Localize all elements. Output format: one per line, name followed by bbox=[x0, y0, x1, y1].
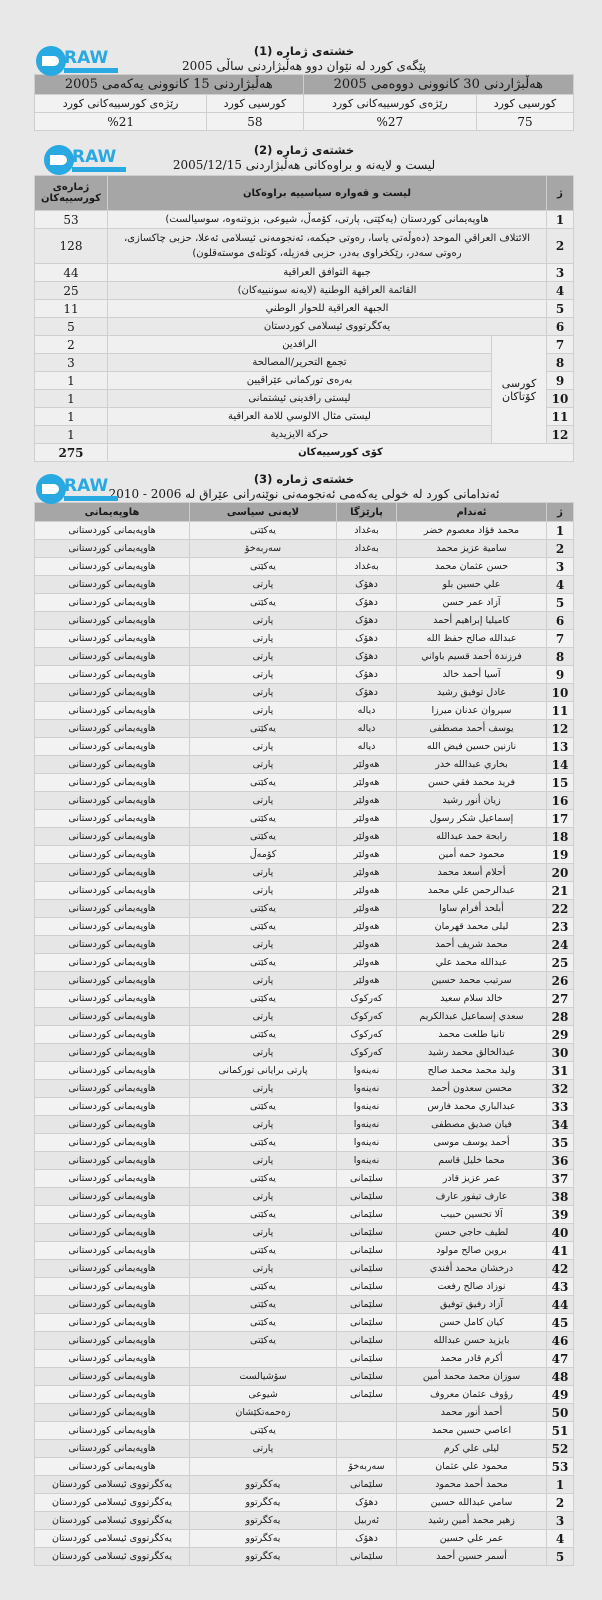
table-row: 3حسن عثمان محمدبەغدادیەکێتیهاوپەیمانی کو… bbox=[35, 558, 574, 576]
member-alliance: یەکگرتووی ئیسلامی کوردستان bbox=[35, 1476, 190, 1494]
member-name: إسماعيل شكر رسول bbox=[397, 810, 547, 828]
total-label: کۆی کورسییەکان bbox=[108, 444, 574, 462]
logo-text: RAW bbox=[64, 48, 108, 68]
member-name: آزاد عمر حسن bbox=[397, 594, 547, 612]
member-name: أحمد يوسف موسى bbox=[397, 1134, 547, 1152]
member-number: 26 bbox=[547, 972, 574, 990]
member-province: دهۆک bbox=[337, 630, 397, 648]
member-name: نوزاد صالح رفعت bbox=[397, 1278, 547, 1296]
member-party: پارتی bbox=[190, 864, 337, 882]
member-province: کەرکوک bbox=[337, 990, 397, 1008]
list-name: یەکگرتووی ئیسلامی کوردستان bbox=[108, 318, 547, 336]
table-row: 3زهير محمد أمين رشيدئەربیلیەکگرتوویەکگرت… bbox=[35, 1512, 574, 1530]
member-party: پارتی bbox=[190, 1440, 337, 1458]
member-party bbox=[190, 1350, 337, 1368]
seat-count: 53 bbox=[35, 211, 108, 229]
table1-col-header: کورسیی کورد bbox=[207, 95, 303, 113]
member-province: هەولێر bbox=[337, 828, 397, 846]
member-party: پارتی bbox=[190, 648, 337, 666]
member-name: اعاصي حسين محمد bbox=[397, 1422, 547, 1440]
table-row: 46بايزيد حسن عبداللهسلێمانییەکێتیهاوپەیم… bbox=[35, 1332, 574, 1350]
table-row: 12يوسف أحمد مصطفىدیالەیەکێتیهاوپەیمانی ک… bbox=[35, 720, 574, 738]
member-name: محمود حمه أمين bbox=[397, 846, 547, 864]
member-party: یەکێتی bbox=[190, 558, 337, 576]
member-province: هەولێر bbox=[337, 936, 397, 954]
table1-col-header: رێژەی کورسییەکانی کورد bbox=[303, 95, 476, 113]
table-row: 26سرتيب محمد حسينهەولێرپارتیهاوپەیمانی ک… bbox=[35, 972, 574, 990]
member-name: محما خليل قاسم bbox=[397, 1152, 547, 1170]
member-name: فيان صديق مصطفى bbox=[397, 1116, 547, 1134]
member-number: 28 bbox=[547, 1008, 574, 1026]
member-number: 34 bbox=[547, 1116, 574, 1134]
table1-col-header: کورسیی کورد bbox=[477, 95, 574, 113]
member-alliance: هاوپەیمانی کوردستانی bbox=[35, 774, 190, 792]
table-row: 10عادل توفيق رشيددهۆکپارتیهاوپەیمانی کور… bbox=[35, 684, 574, 702]
table-row: 5أسمر حسين أحمدسلێمانییەکگرتوویەکگرتووی … bbox=[35, 1548, 574, 1566]
table-row: 45كيان كامل حسنسلێمانییەکێتیهاوپەیمانی ک… bbox=[35, 1314, 574, 1332]
member-number: 25 bbox=[547, 954, 574, 972]
member-number: 1 bbox=[547, 1476, 574, 1494]
member-province: کەرکوک bbox=[337, 1008, 397, 1026]
member-alliance: هاوپەیمانی کوردستانی bbox=[35, 648, 190, 666]
member-number: 10 bbox=[547, 684, 574, 702]
member-party: یەکێتی bbox=[190, 774, 337, 792]
table2-header-seats: ژمارەی کورسییەکان bbox=[35, 176, 108, 211]
member-province: نەینەوا bbox=[337, 1098, 397, 1116]
table3-section: RAW خشتەی ژمارە (3) ئەندامانی کورد لە خو… bbox=[34, 472, 574, 1566]
member-name: آزاد رفيق توفيق bbox=[397, 1296, 547, 1314]
table-row: 21عبدالرحمن علي محمدهەولێرپارتیهاوپەیمان… bbox=[35, 882, 574, 900]
member-party: سەربەخۆ bbox=[190, 540, 337, 558]
member-party: یەکگرتوو bbox=[190, 1530, 337, 1548]
member-alliance: هاوپەیمانی کوردستانی bbox=[35, 1368, 190, 1386]
member-alliance: هاوپەیمانی کوردستانی bbox=[35, 792, 190, 810]
table-row: 14بخاري عبدالله خدرهەولێرپارتیهاوپەیمانی… bbox=[35, 756, 574, 774]
member-number: 1 bbox=[547, 522, 574, 540]
member-alliance: هاوپەیمانی کوردستانی bbox=[35, 540, 190, 558]
member-party: یەکێتی bbox=[190, 522, 337, 540]
list-name: الجبهة العراقية للحوار الوطني bbox=[108, 300, 547, 318]
member-province bbox=[337, 1440, 397, 1458]
member-province: هەولێر bbox=[337, 774, 397, 792]
member-alliance: هاوپەیمانی کوردستانی bbox=[35, 1062, 190, 1080]
table-row: 2سامي عبدالله حسيندهۆکیەکگرتوویەکگرتووی … bbox=[35, 1494, 574, 1512]
member-name: أكرم قادر محمد bbox=[397, 1350, 547, 1368]
table3-header-num: ژ bbox=[547, 503, 574, 522]
member-province: نەینەوا bbox=[337, 1080, 397, 1098]
member-name: أحلام أسعد محمد bbox=[397, 864, 547, 882]
member-alliance: هاوپەیمانی کوردستانی bbox=[35, 1260, 190, 1278]
member-number: 44 bbox=[547, 1296, 574, 1314]
table3-body: 1محمد فؤاد معصوم خضربەغدادیەکێتیهاوپەیما… bbox=[35, 522, 574, 1566]
table-row: 49رؤوف عثمان معروفسلێمانیشیوعیهاوپەیمانی… bbox=[35, 1386, 574, 1404]
member-party: پارتی bbox=[190, 738, 337, 756]
table-row: 8فرزندة أحمد قسيم باوانيدهۆکپارتیهاوپەیم… bbox=[35, 648, 574, 666]
member-number: 6 bbox=[547, 612, 574, 630]
quota-seats-group: کورسی کۆتاکان bbox=[492, 336, 547, 444]
table-row: 22أبلحد أفرام ساواهەولێریەکێتیهاوپەیمانی… bbox=[35, 900, 574, 918]
row-number: 1 bbox=[547, 211, 574, 229]
member-name: سعدي إسماعيل عبدالكريم bbox=[397, 1008, 547, 1026]
member-alliance: هاوپەیمانی کوردستانی bbox=[35, 846, 190, 864]
table-row: 40لطيف حاجي حسنسلێمانیپارتیهاوپەیمانی کو… bbox=[35, 1224, 574, 1242]
member-name: عمر علي حسين bbox=[397, 1530, 547, 1548]
member-party: پارتی bbox=[190, 1188, 337, 1206]
table-row: 1محمد فؤاد معصوم خضربەغدادیەکێتیهاوپەیما… bbox=[35, 522, 574, 540]
member-province: هەولێر bbox=[337, 810, 397, 828]
table1-group-header: هەڵبژاردنی 30 کانوونی دووەمی 2005 bbox=[303, 75, 573, 95]
member-alliance: هاوپەیمانی کوردستانی bbox=[35, 1152, 190, 1170]
member-province: نەینەوا bbox=[337, 1152, 397, 1170]
table-row: 17إسماعيل شكر رسولهەولێریەکێتیهاوپەیمانی… bbox=[35, 810, 574, 828]
member-province: سلێمانی bbox=[337, 1278, 397, 1296]
member-province: کەرکوک bbox=[337, 1044, 397, 1062]
list-name: الائتلاف العراقي الموحد (دەوڵەتی یاسا، ر… bbox=[108, 229, 547, 264]
member-party: پارتی bbox=[190, 576, 337, 594]
member-number: 23 bbox=[547, 918, 574, 936]
member-number: 3 bbox=[547, 558, 574, 576]
member-number: 2 bbox=[547, 1494, 574, 1512]
table3-header-name: ئەندام bbox=[397, 503, 547, 522]
member-party: کۆمەڵ bbox=[190, 846, 337, 864]
member-alliance: هاوپەیمانی کوردستانی bbox=[35, 918, 190, 936]
member-alliance: هاوپەیمانی کوردستانی bbox=[35, 1026, 190, 1044]
member-party: پارتی bbox=[190, 792, 337, 810]
member-name: لطيف حاجي حسن bbox=[397, 1224, 547, 1242]
member-number: 52 bbox=[547, 1440, 574, 1458]
member-party: یەکێتی bbox=[190, 918, 337, 936]
member-name: بخاري عبدالله خدر bbox=[397, 756, 547, 774]
member-name: ليلى علي كرم bbox=[397, 1440, 547, 1458]
table-row: 29تانيا طلعت محمدکەرکوکیەکێتیهاوپەیمانی … bbox=[35, 1026, 574, 1044]
member-party: یەکێتی bbox=[190, 1206, 337, 1224]
member-alliance: هاوپەیمانی کوردستانی bbox=[35, 1224, 190, 1242]
member-party: شیوعی bbox=[190, 1386, 337, 1404]
table-row: 38عارف تيفور عارفسلێمانیپارتیهاوپەیمانی … bbox=[35, 1188, 574, 1206]
member-province: سلێمانی bbox=[337, 1242, 397, 1260]
table-row: 35أحمد يوسف موسىنەینەوایەکێتیهاوپەیمانی … bbox=[35, 1134, 574, 1152]
table1-section: RAW خشتەی ژمارە (1) پێگەی کورد لە نێوان … bbox=[34, 44, 574, 131]
member-name: عمر عزيز قادر bbox=[397, 1170, 547, 1188]
member-party: یەکێتی bbox=[190, 1242, 337, 1260]
member-province: دهۆک bbox=[337, 666, 397, 684]
member-province: هەولێر bbox=[337, 954, 397, 972]
member-province: سلێمانی bbox=[337, 1206, 397, 1224]
table1-cell: 58 bbox=[207, 113, 303, 131]
member-party: پارتی bbox=[190, 756, 337, 774]
member-province: دیالە bbox=[337, 720, 397, 738]
member-province: دهۆک bbox=[337, 1530, 397, 1548]
member-province bbox=[337, 1422, 397, 1440]
row-number: 9 bbox=[547, 372, 574, 390]
member-number: 42 bbox=[547, 1260, 574, 1278]
table-row: 4علي حسين بلودهۆکپارتیهاوپەیمانی کوردستا… bbox=[35, 576, 574, 594]
seat-count: 128 bbox=[35, 229, 108, 264]
member-alliance: هاوپەیمانی کوردستانی bbox=[35, 972, 190, 990]
member-number: 4 bbox=[547, 1530, 574, 1548]
member-party: پارتی bbox=[190, 1224, 337, 1242]
member-alliance: هاوپەیمانی کوردستانی bbox=[35, 1332, 190, 1350]
member-number: 48 bbox=[547, 1368, 574, 1386]
member-alliance: هاوپەیمانی کوردستانی bbox=[35, 1386, 190, 1404]
table-row: 50أحمد أنور محمدزەحمەتکێشانهاوپەیمانی کو… bbox=[35, 1404, 574, 1422]
member-alliance: هاوپەیمانی کوردستانی bbox=[35, 900, 190, 918]
table-row: 20أحلام أسعد محمدهەولێرپارتیهاوپەیمانی ک… bbox=[35, 864, 574, 882]
member-number: 16 bbox=[547, 792, 574, 810]
member-name: سرتيب محمد حسين bbox=[397, 972, 547, 990]
table2-header-num: ژ bbox=[547, 176, 574, 211]
member-province: دهۆک bbox=[337, 594, 397, 612]
member-province bbox=[337, 1404, 397, 1422]
member-province: دهۆک bbox=[337, 612, 397, 630]
table1-col-header: رێژەی کورسییەکانی کورد bbox=[35, 95, 207, 113]
member-province: بەغداد bbox=[337, 540, 397, 558]
table-row: 39آلا تحسين حبيبسلێمانییەکێتیهاوپەیمانی … bbox=[35, 1206, 574, 1224]
table-row: 31وليد محمد محمد صالحنەینەواپارتی برایان… bbox=[35, 1062, 574, 1080]
logo-text: RAW bbox=[72, 147, 116, 167]
table-row: 32محسن سعدون أحمدنەینەواپارتیهاوپەیمانی … bbox=[35, 1080, 574, 1098]
member-province: کەرکوک bbox=[337, 1026, 397, 1044]
table-row: 23ليلى محمد قهرمانهەولێریەکێتیهاوپەیمانی… bbox=[35, 918, 574, 936]
member-alliance: هاوپەیمانی کوردستانی bbox=[35, 864, 190, 882]
member-party: یەکێتی bbox=[190, 990, 337, 1008]
member-party: یەکێتی bbox=[190, 1170, 337, 1188]
table-row: 2سامية عزيز محمدبەغدادسەربەخۆهاوپەیمانی … bbox=[35, 540, 574, 558]
member-number: 4 bbox=[547, 576, 574, 594]
member-name: وليد محمد محمد صالح bbox=[397, 1062, 547, 1080]
member-alliance: هاوپەیمانی کوردستانی bbox=[35, 1296, 190, 1314]
member-alliance: هاوپەیمانی کوردستانی bbox=[35, 1242, 190, 1260]
table-row: 42درخشان محمد أفنديسلێمانیپارتیهاوپەیمان… bbox=[35, 1260, 574, 1278]
member-party: پارتی bbox=[190, 1260, 337, 1278]
member-name: رؤوف عثمان معروف bbox=[397, 1386, 547, 1404]
member-party: یەکێتی bbox=[190, 1278, 337, 1296]
table-row: 11سيروان عدنان ميرزادیالەپارتیهاوپەیمانی… bbox=[35, 702, 574, 720]
member-number: 49 bbox=[547, 1386, 574, 1404]
member-alliance: هاوپەیمانی کوردستانی bbox=[35, 1422, 190, 1440]
member-number: 22 bbox=[547, 900, 574, 918]
table-row: 13نازنين حسين فيض اللهدیالەپارتیهاوپەیما… bbox=[35, 738, 574, 756]
member-number: 2 bbox=[547, 540, 574, 558]
member-alliance: هاوپەیمانی کوردستانی bbox=[35, 828, 190, 846]
member-province: نەینەوا bbox=[337, 1062, 397, 1080]
member-party bbox=[190, 1458, 337, 1476]
table-row: 48سوزان محمد محمد أمينسلێمانیسۆشیالستهاو… bbox=[35, 1368, 574, 1386]
member-party: یەکگرتوو bbox=[190, 1494, 337, 1512]
member-number: 19 bbox=[547, 846, 574, 864]
table-row: 7عبدالله صالح حفظ اللهدهۆکپارتیهاوپەیمان… bbox=[35, 630, 574, 648]
table-row: 6كاميليا إبراهيم أحمددهۆکپارتیهاوپەیمانی… bbox=[35, 612, 574, 630]
row-number: 5 bbox=[547, 300, 574, 318]
table-row: 1محمد أحمد محمودسلێمانییەکگرتوویەکگرتووی… bbox=[35, 1476, 574, 1494]
member-alliance: هاوپەیمانی کوردستانی bbox=[35, 522, 190, 540]
member-alliance: هاوپەیمانی کوردستانی bbox=[35, 1188, 190, 1206]
row-number: 3 bbox=[547, 264, 574, 282]
member-alliance: هاوپەیمانی کوردستانی bbox=[35, 1134, 190, 1152]
member-name: حسن عثمان محمد bbox=[397, 558, 547, 576]
member-party: پارتی bbox=[190, 612, 337, 630]
member-party: پارتی bbox=[190, 666, 337, 684]
table-row: 33عبدالباري محمد فارسنەینەوایەکێتیهاوپەی… bbox=[35, 1098, 574, 1116]
seat-count: 1 bbox=[35, 426, 108, 444]
member-party: پارتی bbox=[190, 936, 337, 954]
member-name: محمود علي عثمان bbox=[397, 1458, 547, 1476]
member-province: سلێمانی bbox=[337, 1170, 397, 1188]
member-number: 24 bbox=[547, 936, 574, 954]
logo-bar bbox=[64, 496, 118, 501]
draw-logo: RAW bbox=[34, 474, 120, 508]
member-alliance: هاوپەیمانی کوردستانی bbox=[35, 882, 190, 900]
member-province: بەغداد bbox=[337, 522, 397, 540]
member-party: یەکگرتوو bbox=[190, 1512, 337, 1530]
member-alliance: هاوپەیمانی کوردستانی bbox=[35, 810, 190, 828]
member-province: هەولێر bbox=[337, 792, 397, 810]
member-name: علي حسين بلو bbox=[397, 576, 547, 594]
member-number: 7 bbox=[547, 630, 574, 648]
table1-cell: %21 bbox=[35, 113, 207, 131]
member-party: یەکێتی bbox=[190, 900, 337, 918]
member-party: یەکێتی bbox=[190, 810, 337, 828]
member-name: درخشان محمد أفندي bbox=[397, 1260, 547, 1278]
seat-count: 25 bbox=[35, 282, 108, 300]
member-party: یەکێتی bbox=[190, 1422, 337, 1440]
member-number: 50 bbox=[547, 1404, 574, 1422]
member-number: 32 bbox=[547, 1080, 574, 1098]
list-name: هاوپەیمانی کوردستان (یەکێتی، پارتی، کۆمە… bbox=[108, 211, 547, 229]
member-number: 30 bbox=[547, 1044, 574, 1062]
member-number: 47 bbox=[547, 1350, 574, 1368]
member-alliance: هاوپەیمانی کوردستانی bbox=[35, 1206, 190, 1224]
member-alliance: هاوپەیمانی کوردستانی bbox=[35, 1116, 190, 1134]
logo-circle-icon bbox=[44, 145, 74, 175]
table-row: 36محما خليل قاسمنەینەواپارتیهاوپەیمانی ک… bbox=[35, 1152, 574, 1170]
table-row: 25عبدالله محمد عليهەولێریەکێتیهاوپەیمانی… bbox=[35, 954, 574, 972]
row-number: 4 bbox=[547, 282, 574, 300]
member-name: عبدالباري محمد فارس bbox=[397, 1098, 547, 1116]
table3-header-province: پارێزگا bbox=[337, 503, 397, 522]
member-name: ليلى محمد قهرمان bbox=[397, 918, 547, 936]
member-province: سلێمانی bbox=[337, 1548, 397, 1566]
member-number: 13 bbox=[547, 738, 574, 756]
row-number: 12 bbox=[547, 426, 574, 444]
logo-circle-icon bbox=[36, 46, 66, 76]
member-number: 14 bbox=[547, 756, 574, 774]
member-name: عبدالله محمد علي bbox=[397, 954, 547, 972]
member-number: 33 bbox=[547, 1098, 574, 1116]
member-name: فرزندة أحمد قسيم باواني bbox=[397, 648, 547, 666]
member-number: 8 bbox=[547, 648, 574, 666]
table-row: 15فريد محمد فقي حسنهەولێریەکێتیهاوپەیمان… bbox=[35, 774, 574, 792]
member-alliance: هاوپەیمانی کوردستانی bbox=[35, 990, 190, 1008]
logo-text: RAW bbox=[64, 476, 108, 496]
row-number: 6 bbox=[547, 318, 574, 336]
member-name: فريد محمد فقي حسن bbox=[397, 774, 547, 792]
member-alliance: یەکگرتووی ئیسلامی کوردستان bbox=[35, 1512, 190, 1530]
member-name: محسن سعدون أحمد bbox=[397, 1080, 547, 1098]
member-party: پارتی برایانی تورکمانی bbox=[190, 1062, 337, 1080]
member-party: یەکێتی bbox=[190, 954, 337, 972]
seat-count: 5 bbox=[35, 318, 108, 336]
table-row: 5آزاد عمر حسندهۆکیەکێتیهاوپەیمانی کوردست… bbox=[35, 594, 574, 612]
member-number: 46 bbox=[547, 1332, 574, 1350]
list-name: بەرەی تورکمانی عێراقیین bbox=[108, 372, 492, 390]
member-alliance: هاوپەیمانی کوردستانی bbox=[35, 684, 190, 702]
member-alliance: هاوپەیمانی کوردستانی bbox=[35, 1008, 190, 1026]
member-name: بروين صالح مولود bbox=[397, 1242, 547, 1260]
member-province: نەینەوا bbox=[337, 1116, 397, 1134]
member-party: یەکێتی bbox=[190, 720, 337, 738]
member-number: 3 bbox=[547, 1512, 574, 1530]
member-alliance: هاوپەیمانی کوردستانی bbox=[35, 738, 190, 756]
member-party: یەکێتی bbox=[190, 1134, 337, 1152]
member-number: 37 bbox=[547, 1170, 574, 1188]
row-number: 2 bbox=[547, 229, 574, 264]
member-province: سلێمانی bbox=[337, 1368, 397, 1386]
draw-logo: RAW bbox=[42, 145, 128, 179]
member-province: سلێمانی bbox=[337, 1224, 397, 1242]
member-party: یەکێتی bbox=[190, 1026, 337, 1044]
table-row: 34فيان صديق مصطفىنەینەواپارتیهاوپەیمانی … bbox=[35, 1116, 574, 1134]
seat-count: 11 bbox=[35, 300, 108, 318]
seat-count: 3 bbox=[35, 354, 108, 372]
member-number: 21 bbox=[547, 882, 574, 900]
member-province: ئەربیل bbox=[337, 1512, 397, 1530]
list-name: لیستی رافدینی ئیشتمانی bbox=[108, 390, 492, 408]
member-alliance: هاوپەیمانی کوردستانی bbox=[35, 936, 190, 954]
member-alliance: یەکگرتووی ئیسلامی کوردستان bbox=[35, 1548, 190, 1566]
list-name: تجمع التحرير/المصالحة bbox=[108, 354, 492, 372]
member-number: 51 bbox=[547, 1422, 574, 1440]
row-number: 10 bbox=[547, 390, 574, 408]
seat-count: 1 bbox=[35, 390, 108, 408]
member-number: 20 bbox=[547, 864, 574, 882]
member-number: 12 bbox=[547, 720, 574, 738]
member-name: سيروان عدنان ميرزا bbox=[397, 702, 547, 720]
table-row: 47أكرم قادر محمدسلێمانیهاوپەیمانی کوردست… bbox=[35, 1350, 574, 1368]
table-row: 44آزاد رفيق توفيقسلێمانییەکێتیهاوپەیمانی… bbox=[35, 1296, 574, 1314]
member-name: خالد سلام سعيد bbox=[397, 990, 547, 1008]
list-name: لیستی مثال الالوسي للامة العراقية bbox=[108, 408, 492, 426]
member-party: پارتی bbox=[190, 702, 337, 720]
table2-header-list: لیست و قەوارە سیاسییە براوەکان bbox=[108, 176, 547, 211]
member-province: هەولێر bbox=[337, 972, 397, 990]
member-name: آسيا أحمد خالد bbox=[397, 666, 547, 684]
member-alliance: هاوپەیمانی کوردستانی bbox=[35, 558, 190, 576]
list-name: الرافدين bbox=[108, 336, 492, 354]
member-name: عبدالله صالح حفظ الله bbox=[397, 630, 547, 648]
list-name: القائمة العراقية الوطنية (لایەنە سوننییە… bbox=[108, 282, 547, 300]
member-party: یەکگرتوو bbox=[190, 1548, 337, 1566]
member-party: یەکێتی bbox=[190, 594, 337, 612]
member-province: سلێمانی bbox=[337, 1386, 397, 1404]
table1-cell: 75 bbox=[477, 113, 574, 131]
member-number: 53 bbox=[547, 1458, 574, 1476]
member-name: كاميليا إبراهيم أحمد bbox=[397, 612, 547, 630]
member-number: 43 bbox=[547, 1278, 574, 1296]
member-name: محمد شريف أحمد bbox=[397, 936, 547, 954]
member-alliance: هاوپەیمانی کوردستانی bbox=[35, 1314, 190, 1332]
member-name: عبدالرحمن علي محمد bbox=[397, 882, 547, 900]
member-party: پارتی bbox=[190, 630, 337, 648]
table-row: 19محمود حمه أمينهەولێرکۆمەڵهاوپەیمانی کو… bbox=[35, 846, 574, 864]
member-number: 41 bbox=[547, 1242, 574, 1260]
member-party: پارتی bbox=[190, 1008, 337, 1026]
member-party: پارتی bbox=[190, 882, 337, 900]
member-name: عادل توفيق رشيد bbox=[397, 684, 547, 702]
table3: ژ ئەندام پارێزگا لایەنی سیاسی هاوپەیمانی… bbox=[34, 502, 574, 1566]
member-name: محمد أحمد محمود bbox=[397, 1476, 547, 1494]
table-row: 28سعدي إسماعيل عبدالكريمکەرکوکپارتیهاوپە… bbox=[35, 1008, 574, 1026]
